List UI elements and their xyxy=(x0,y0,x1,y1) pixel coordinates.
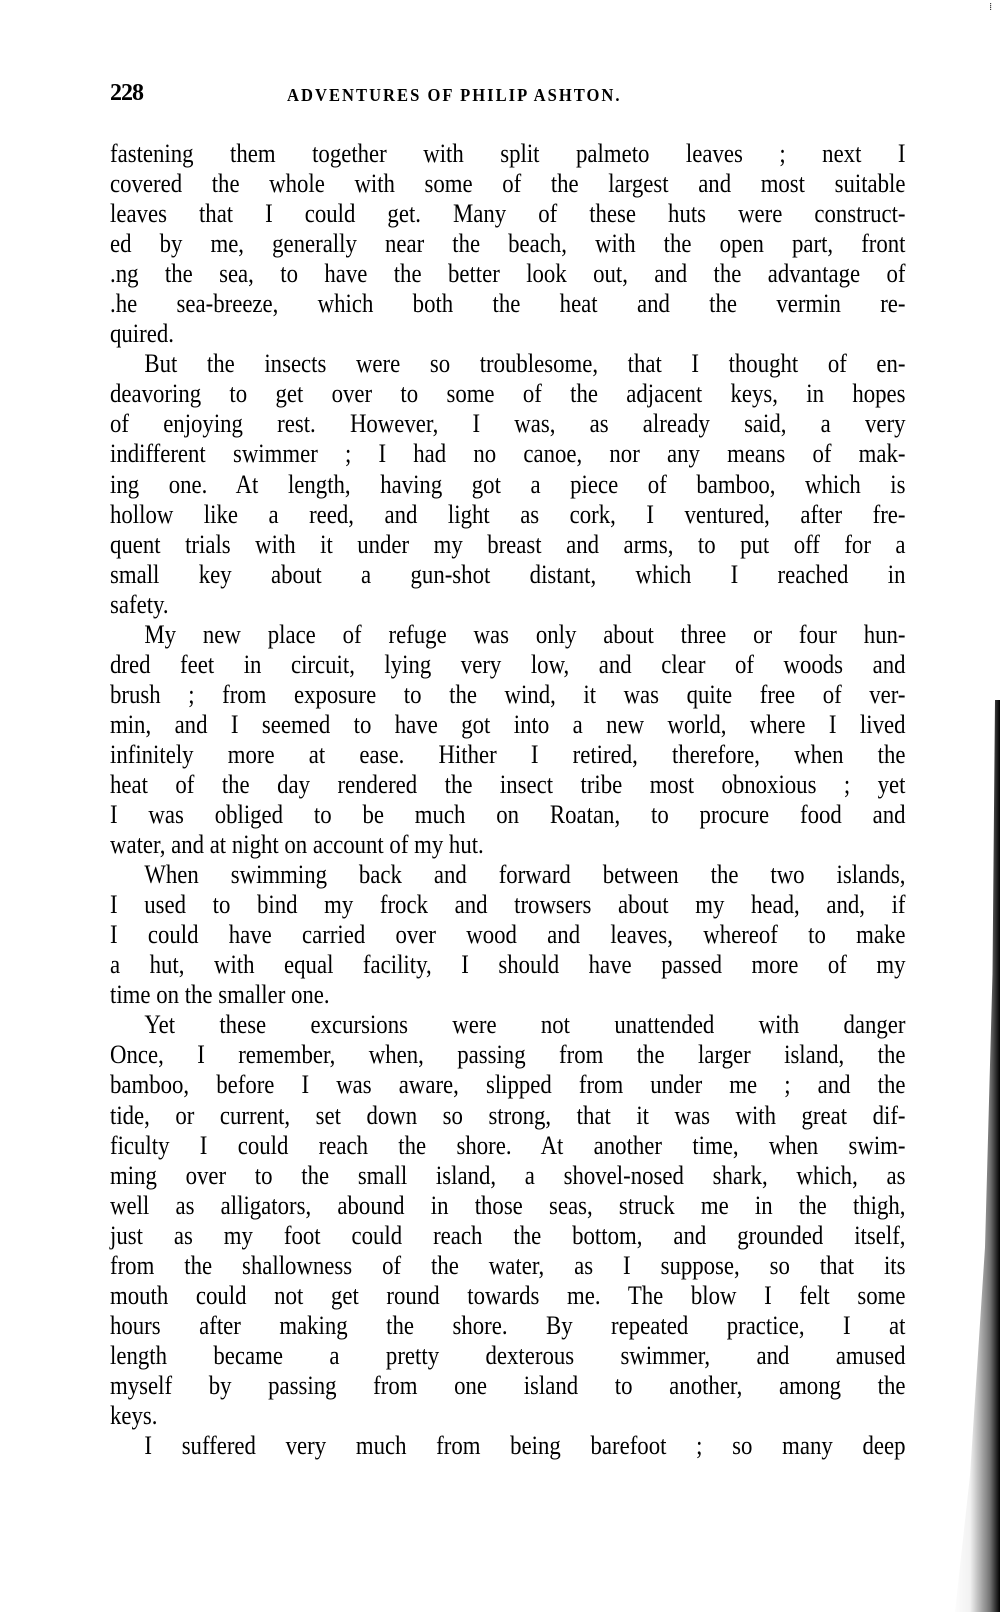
text-line: safety. xyxy=(110,589,906,619)
text-line: well as alligators, abound in those seas… xyxy=(110,1190,906,1220)
text-line: I could have carried over wood and leave… xyxy=(110,919,906,949)
text-line: myself by passing from one island to ano… xyxy=(110,1370,906,1400)
text-line: dred feet in circuit, lying very low, an… xyxy=(110,649,906,679)
book-page: ⁞ 228 ADVENTURES OF PHILIP ASHTON. faste… xyxy=(0,0,1000,1612)
text-line: ming over to the small island, a shovel-… xyxy=(110,1160,906,1190)
text-line: indifferent swimmer ; I had no canoe, no… xyxy=(110,438,906,468)
text-line: .he sea-breeze, which both the heat and … xyxy=(110,288,906,318)
paragraph-first-line: My new place of refuge was only about th… xyxy=(110,619,906,649)
text-line: quent trials with it under my breast and… xyxy=(110,529,906,559)
text-line: just as my foot could reach the bottom, … xyxy=(110,1220,906,1250)
text-line: small key about a gun-shot distant, whic… xyxy=(110,559,906,589)
text-line: deavoring to get over to some of the adj… xyxy=(110,378,906,408)
text-line: I was obliged to be much on Roatan, to p… xyxy=(110,799,906,829)
text-line: quired. xyxy=(110,318,906,348)
text-line: a hut, with equal facility, I should hav… xyxy=(110,949,906,979)
text-line: ficulty I could reach the shore. At anot… xyxy=(110,1130,906,1160)
paragraph-first-line: When swimming back and forward between t… xyxy=(110,859,906,889)
paragraph-first-line: But the insects were so troublesome, tha… xyxy=(110,348,906,378)
text-line: Once, I remember, when, passing from the… xyxy=(110,1039,906,1069)
text-line: infinitely more at ease. Hither I retire… xyxy=(110,739,906,769)
text-line: .ng the sea, to have the better look out… xyxy=(110,258,906,288)
text-line: I used to bind my frock and trowsers abo… xyxy=(110,889,906,919)
text-line: heat of the day rendered the insect trib… xyxy=(110,769,906,799)
binding-shadow xyxy=(950,700,1000,1612)
running-header: 228 ADVENTURES OF PHILIP ASHTON. xyxy=(110,80,910,110)
body-text: fastening them together with split palme… xyxy=(110,138,906,1460)
paragraph-first-line: I suffered very much from being barefoot… xyxy=(110,1430,906,1460)
text-line: time on the smaller one. xyxy=(110,979,906,1009)
text-line: min, and I seemed to have got into a new… xyxy=(110,709,906,739)
text-line: hours after making the shore. By repeate… xyxy=(110,1310,906,1340)
text-line: from the shallowness of the water, as I … xyxy=(110,1250,906,1280)
text-line: bamboo, before I was aware, slipped from… xyxy=(110,1069,906,1099)
paragraph-first-line: Yet these excursions were not unattended… xyxy=(110,1009,906,1039)
text-line: fastening them together with split palme… xyxy=(110,138,906,168)
text-line: ed by me, generally near the beach, with… xyxy=(110,228,906,258)
page-number: 228 xyxy=(110,80,143,107)
text-line: of enjoying rest. However, I was, as alr… xyxy=(110,408,906,438)
text-line: tide, or current, set down so strong, th… xyxy=(110,1100,906,1130)
text-line: ing one. At length, having got a piece o… xyxy=(110,469,906,499)
text-line: brush ; from exposure to the wind, it wa… xyxy=(110,679,906,709)
running-title: ADVENTURES OF PHILIP ASHTON. xyxy=(287,85,622,106)
text-line: hollow like a reed, and light as cork, I… xyxy=(110,499,906,529)
text-line: keys. xyxy=(110,1400,906,1430)
text-line: leaves that I could get. Many of these h… xyxy=(110,198,906,228)
text-line: covered the whole with some of the large… xyxy=(110,168,906,198)
text-line: mouth could not get round towards me. Th… xyxy=(110,1280,906,1310)
text-line: length became a pretty dexterous swimmer… xyxy=(110,1340,906,1370)
scan-corner-mark: ⁞ xyxy=(989,2,992,13)
text-line: water, and at night on account of my hut… xyxy=(110,829,906,859)
